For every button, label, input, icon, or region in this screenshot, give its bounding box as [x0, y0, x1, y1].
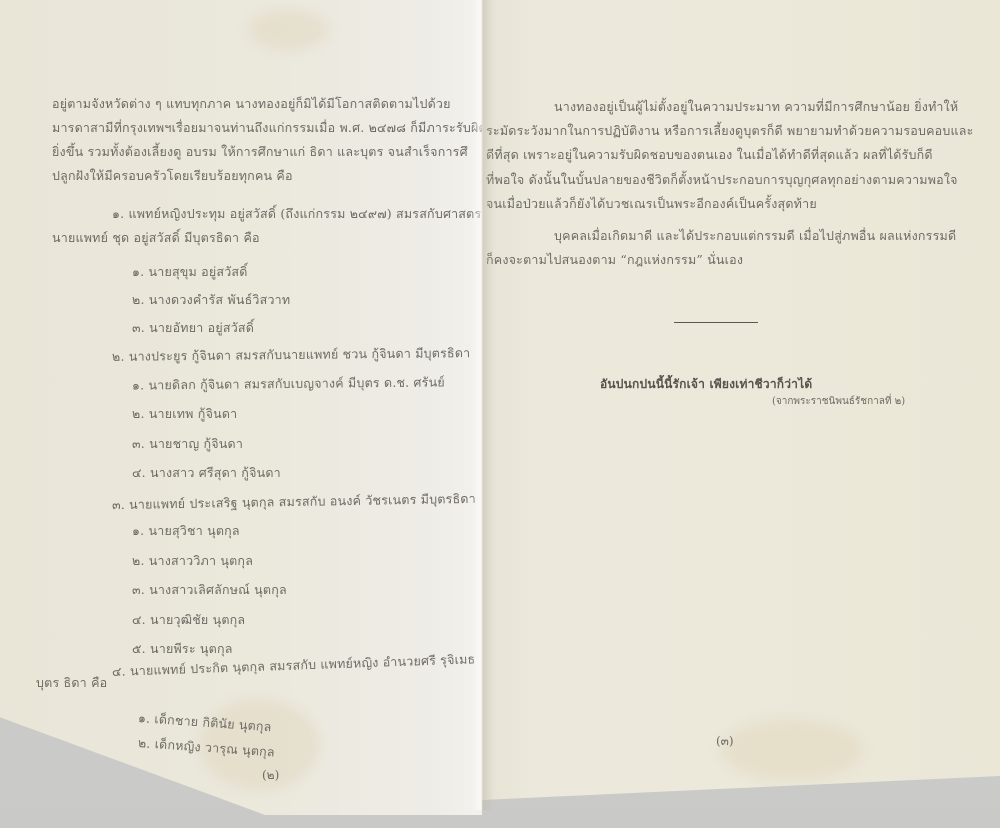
text-line: ปลูกฝังให้มีครอบครัวโดยเรียบร้อยทุกคน คื… — [52, 166, 293, 186]
grandchild-entry: ๒. นางสาววิภา นุตกุล — [132, 551, 253, 571]
paper-stain — [250, 10, 330, 50]
text-line: อยู่ตามจังหวัดต่าง ๆ แทบทุกภาค นางทองอยู… — [52, 94, 451, 114]
grandchild-entry: ๑. นายดิลก กู้จินดา สมรสกับเบญจางค์ มีบุ… — [132, 372, 445, 395]
page-number: (๒) — [262, 766, 279, 785]
child-entry: ๓. นายแพทย์ ประเสริฐ นุตกุล สมรสกับ อนงค… — [112, 489, 476, 515]
text-line: จนเมื่อป่วยแล้วก็ยังได้บวชเณรเป็นพระอีกอ… — [486, 194, 817, 214]
page-number: (๓) — [716, 732, 734, 751]
text-line: ระมัดระวังมากในการปฏิบัติงาน หรือการเลี้… — [486, 121, 974, 141]
verse-quote: อันปนกปนนี้นี้รักเจ้า เพียงเท่าชีวาก็ว่า… — [600, 375, 812, 394]
grandchild-entry: ๓. นางสาวเลิศลักษณ์ นุตกุล — [132, 580, 287, 600]
child-entry-continuation: บุตร ธิดา คือ — [36, 673, 107, 693]
grandchild-entry: ๕. นายพีระ นุตกุล — [132, 639, 233, 659]
grandchild-entry: ๑. นายสุวิชา นุตกุล — [132, 521, 240, 541]
grandchild-entry: ๓. นายชาญ กู้จินดา — [132, 434, 243, 454]
right-page: นางทองอยู่เป็นผู้ไม่ตั้งอยู่ในความประมาท… — [482, 0, 1000, 800]
grandchild-entry: ๒. นายเทพ กู้จินดา — [132, 404, 237, 424]
paper-stain — [722, 720, 862, 780]
text-line: ก็คงจะตามไปสนองตาม “กฎแห่งกรรม” นั่นเอง — [486, 250, 743, 270]
grandchild-entry: ๒. นางดวงคำรัส พันธ์วิสวาท — [132, 290, 290, 310]
grandchild-entry: ๑. นายสุขุม อยู่สวัสดิ์ — [132, 262, 248, 282]
child-entry: ๑. แพทย์หญิงประทุม อยู่สวัสดิ์ (ถึงแก่กร… — [112, 204, 481, 224]
section-divider — [674, 322, 758, 323]
text-line: ยิ่งขึ้น รวมทั้งต้องเลี้ยงดู อบรม ให้การ… — [52, 142, 468, 162]
text-line: บุคคลเมื่อเกิดมาดี และได้ประกอบแต่กรรมดี… — [554, 226, 956, 246]
child-entry: ๒. นางประยูร กู้จินดา สมรสกับนายแพทย์ ชว… — [112, 343, 471, 367]
text-line: นางทองอยู่เป็นผู้ไม่ตั้งอยู่ในความประมาท… — [554, 97, 958, 117]
text-line: ที่พอใจ ดังนั้นในบั้นปลายของชีวิตก็ตั้งห… — [486, 170, 958, 190]
book-spine-gutter — [470, 0, 494, 810]
left-page: อยู่ตามจังหวัดต่าง ๆ แทบทุกภาค นางทองอยู… — [0, 0, 482, 815]
text-line: ดีที่สุด เพราะอยู่ในความรับผิดชอบของตนเอ… — [486, 145, 933, 165]
text-line: มารดาสามีที่กรุงเทพฯเรื่อยมาจนท่านถึงแก่… — [52, 118, 487, 138]
grandchild-entry: ๔. นางสาว ศรีสุดา กู้จินดา — [132, 463, 281, 483]
child-entry-continuation: นายแพทย์ ชุด อยู่สวัสดิ์ มีบุตรธิดา คือ — [52, 228, 260, 248]
grandchild-entry: ๔. นายวุฒิชัย นุตกุล — [132, 610, 245, 630]
verse-source: (จากพระราชนิพนธ์รัชกาลที่ ๒) — [772, 394, 905, 409]
grandchild-entry: ๓. นายอัทยา อยู่สวัสดิ์ — [132, 318, 254, 338]
